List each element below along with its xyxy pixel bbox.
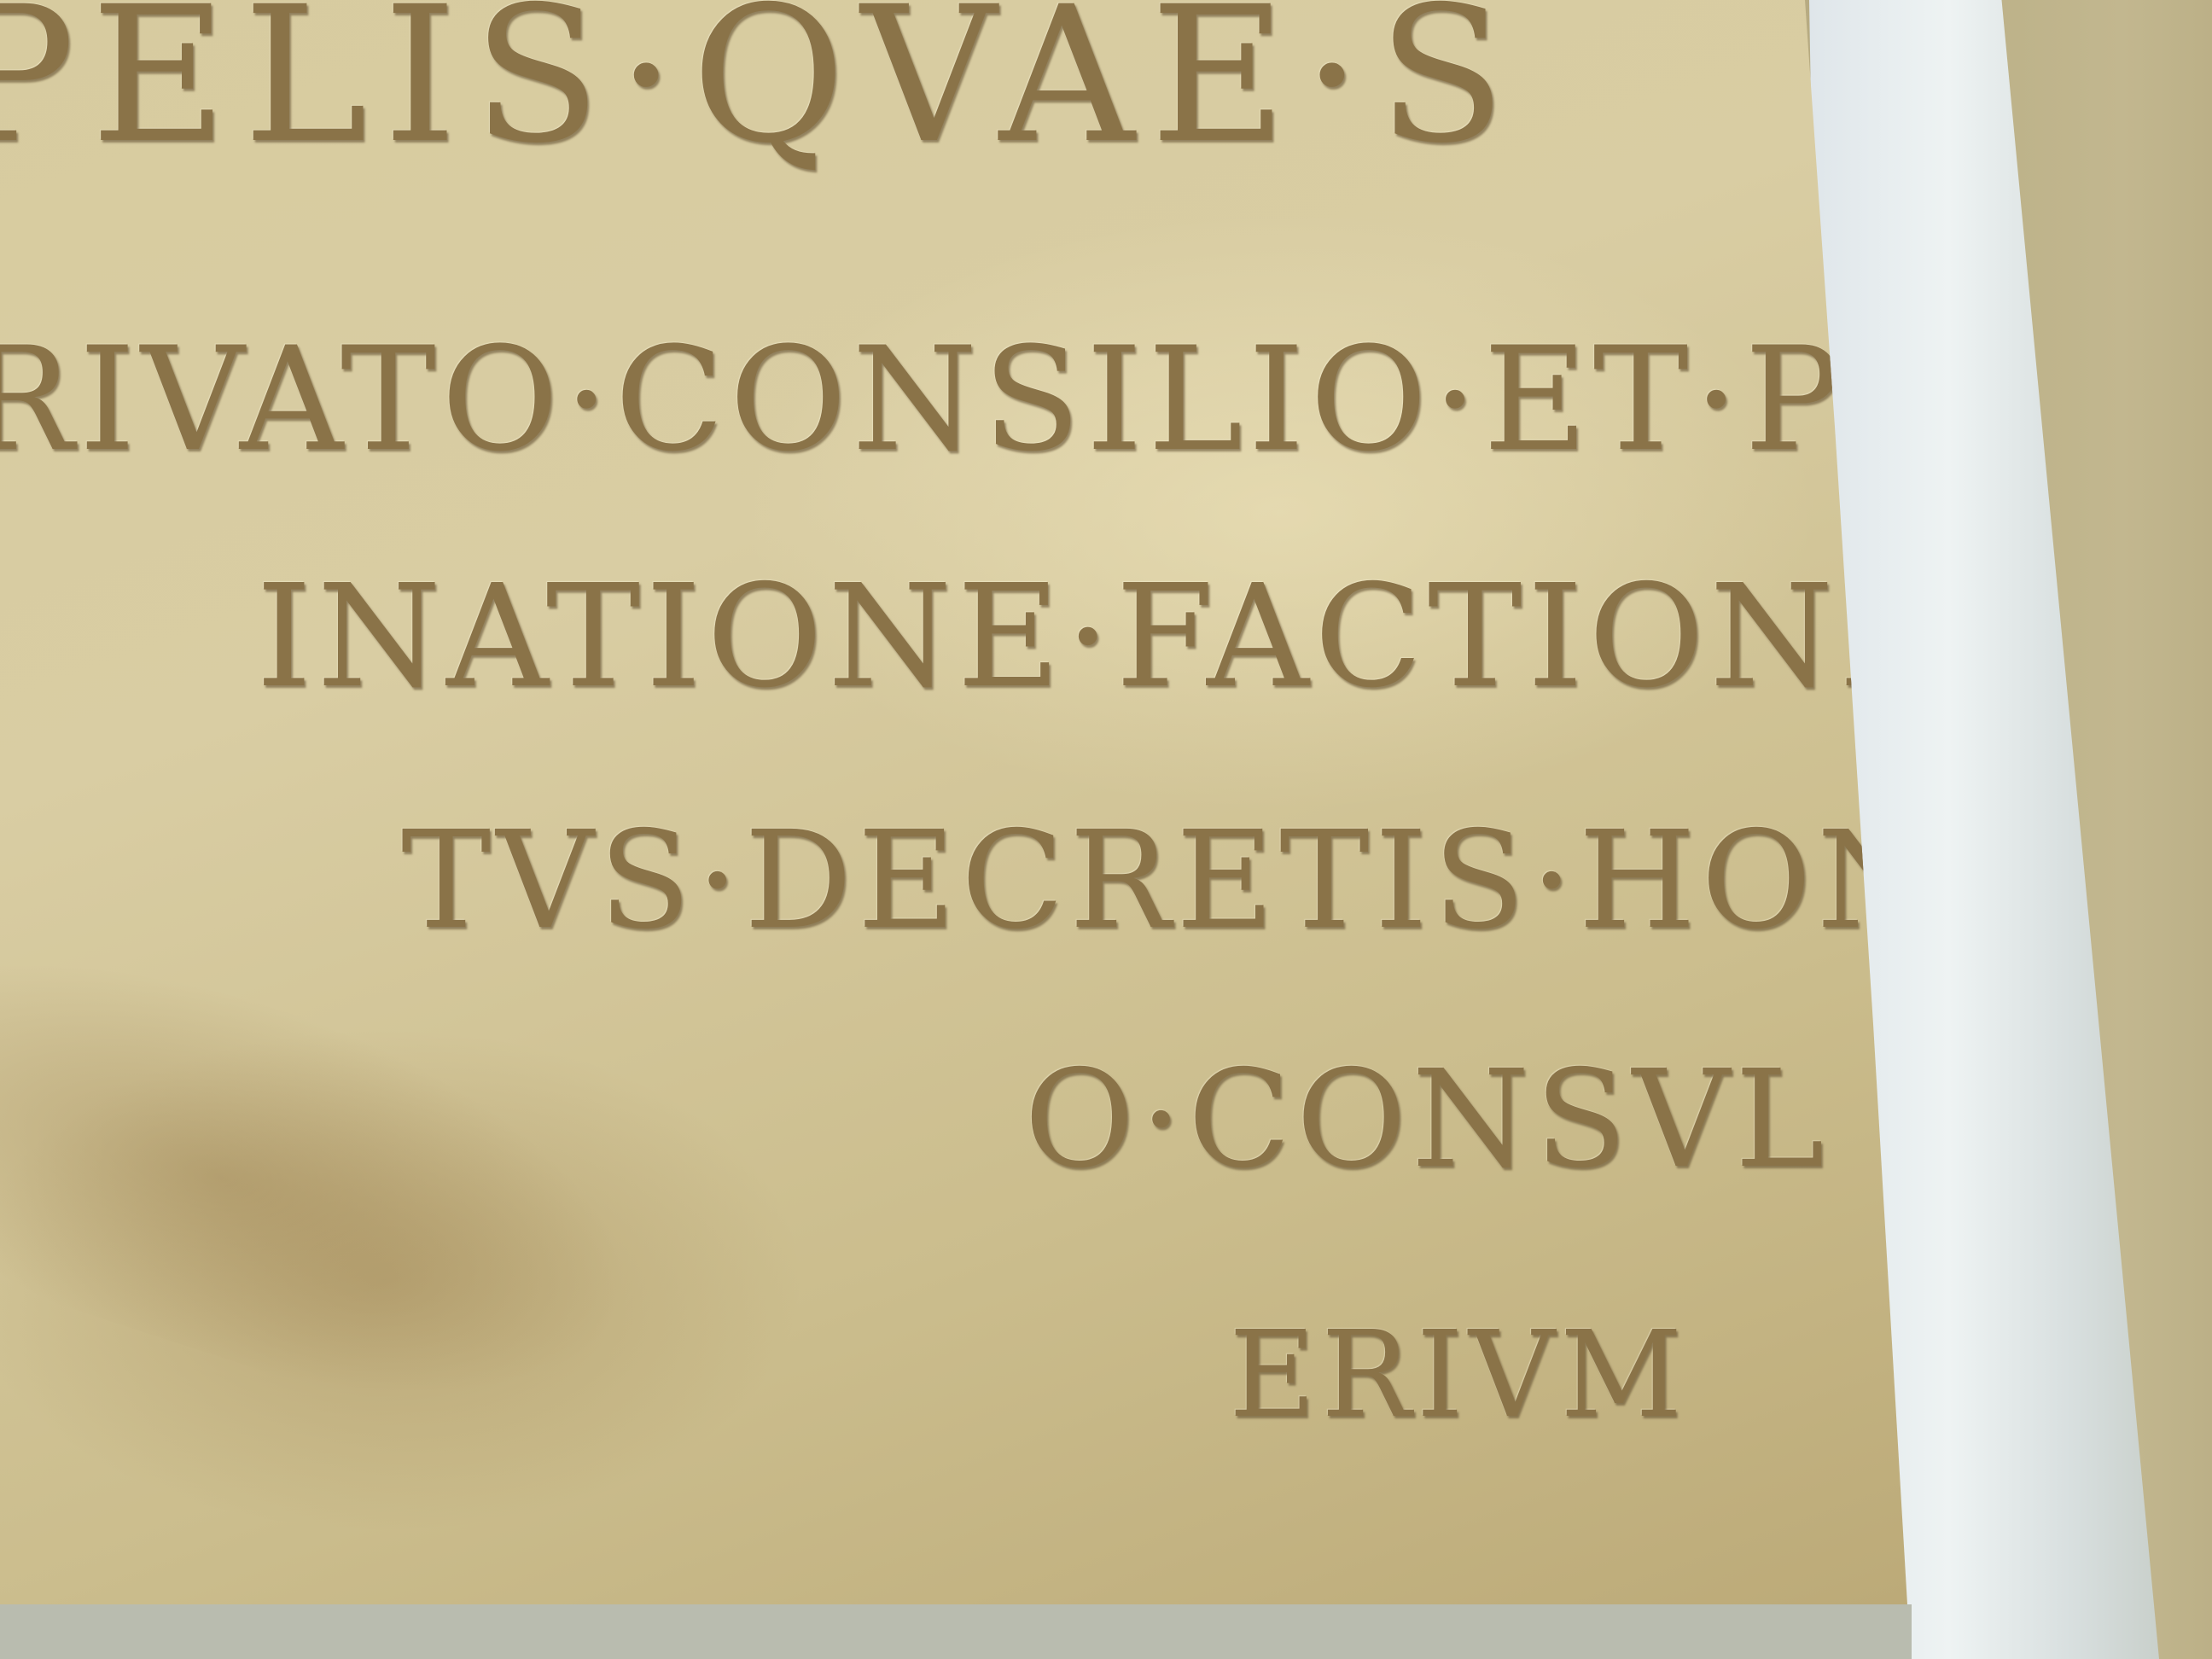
inscription-line-1: PELIS·QVAE·S <box>0 0 1522 184</box>
stone-slab: PELIS·QVAE·S RIVATO·CONSILIO·ET·PRI INAT… <box>0 0 1912 1604</box>
inscription-line-5: O·CONSVL <box>1024 1041 1830 1198</box>
inscription-line-4: TVS·DECRETIS·HON <box>401 802 1940 959</box>
inscription-line-2: RIVATO·CONSILIO·ET·PRI <box>0 316 2021 483</box>
inscription-line-6: ERIVM <box>1229 1306 1687 1445</box>
floor-strip <box>0 1604 1912 1659</box>
inscription-line-3: INATIONE·FACTIONI <box>256 555 1900 719</box>
